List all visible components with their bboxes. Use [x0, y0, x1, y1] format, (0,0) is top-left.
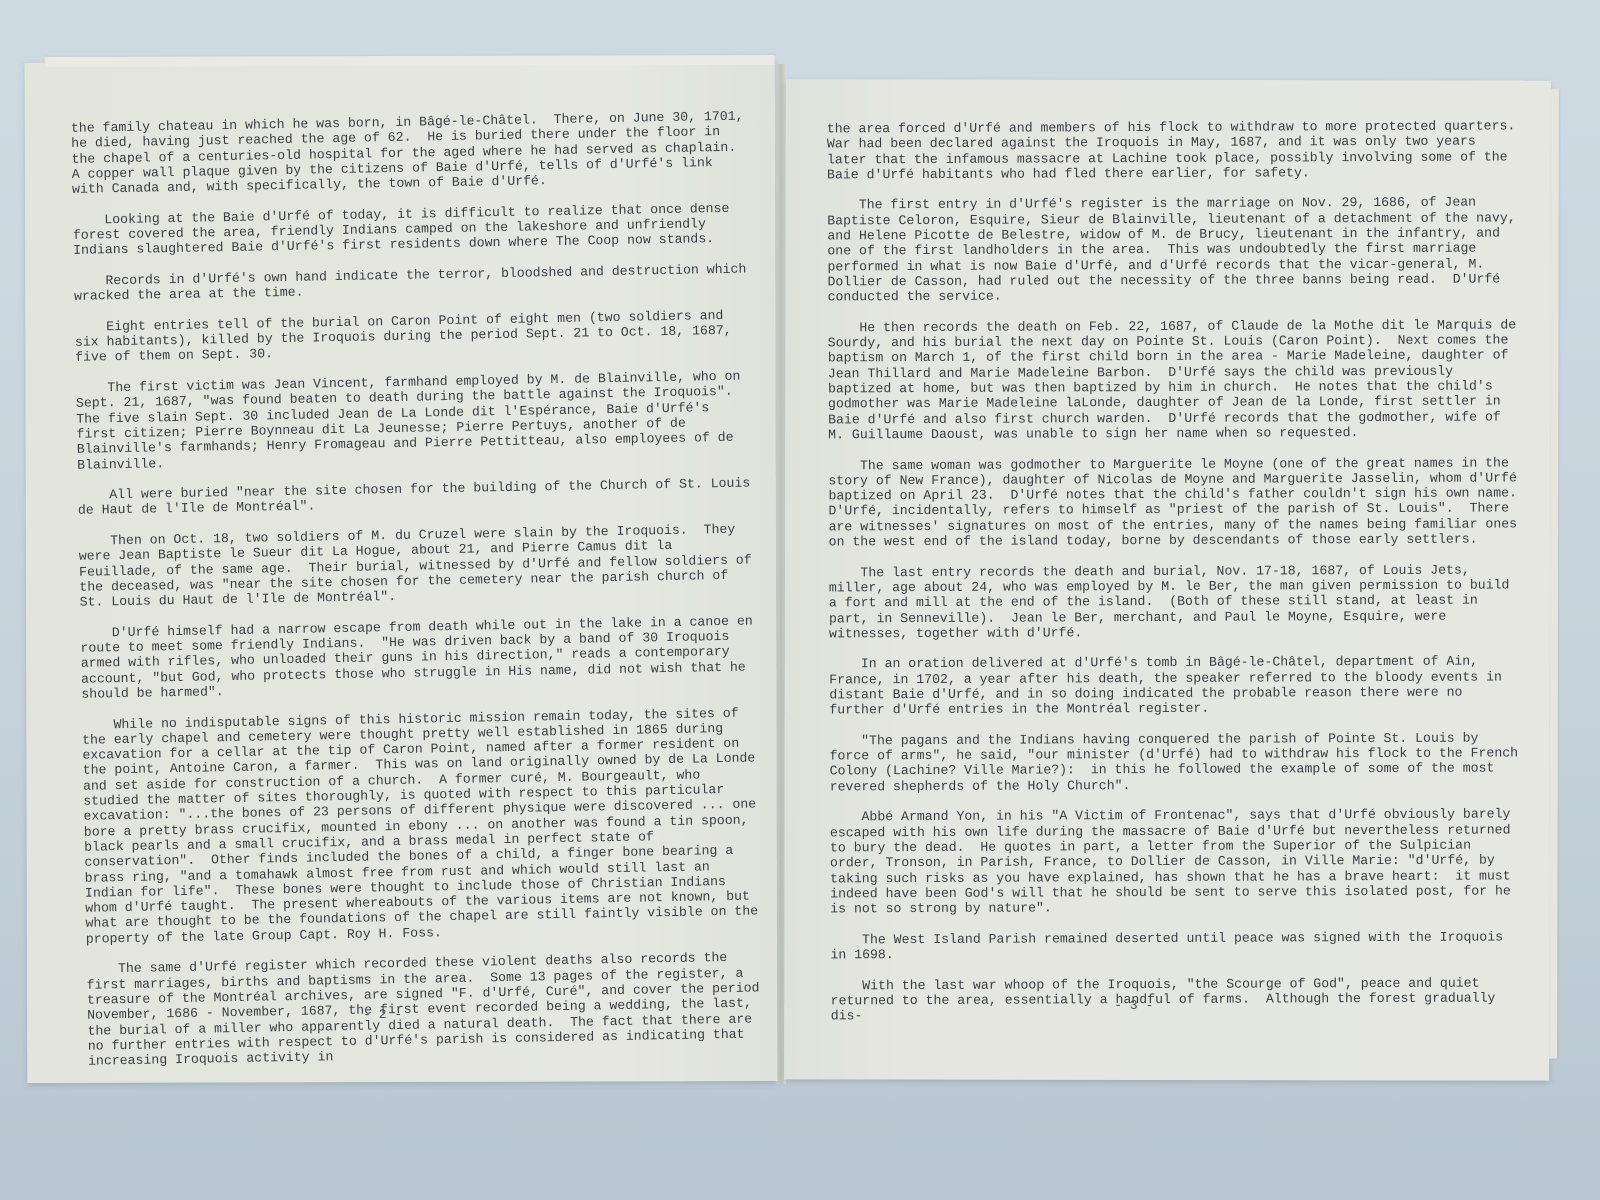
paragraph: Records in d'Urfé's own hand indicate th… — [74, 261, 754, 304]
page-number: - 2 - — [363, 1007, 402, 1022]
paragraph: The same woman was godmother to Margueri… — [828, 455, 1518, 550]
right-page: the area forced d'Urfé and members of hi… — [784, 79, 1551, 1080]
paragraph: Looking at the Baie d'Urfé of today, it … — [72, 200, 753, 258]
paragraph: D'Urfé himself had a narrow escape from … — [80, 613, 761, 702]
paragraph: The West Island Parish remained deserted… — [830, 929, 1520, 963]
paragraph: With the last war whoop of the Iroquois,… — [831, 975, 1521, 1024]
paragraph: Eight entries tell of the burial on Caro… — [74, 307, 755, 365]
paragraph: Abbé Armand Yon, in his "A Victim of Fro… — [830, 807, 1520, 917]
paragraph: The same d'Urfé register which recorded … — [86, 950, 768, 1070]
left-page-body: the family chateau in which he was born,… — [71, 108, 769, 1084]
paragraph: the family chateau in which he was born,… — [71, 108, 752, 197]
paragraph: "The pagans and the Indians having conqu… — [829, 730, 1519, 794]
paragraph: While no indisputable signs of this hist… — [82, 705, 766, 947]
paragraph: The first victim was Jean Vincent, farmh… — [76, 368, 758, 472]
paragraph: All were buried "near the site chosen fo… — [78, 475, 758, 518]
paragraph: The first entry in d'Urfé's register is … — [827, 195, 1517, 305]
paragraph: the area forced d'Urfé and members of hi… — [827, 118, 1517, 182]
paragraph: He then records the death on Feb. 22, 16… — [828, 317, 1519, 442]
paragraph: The last entry records the death and bur… — [829, 562, 1519, 641]
page-number: - 3 - — [1114, 998, 1153, 1013]
paragraph: Then on Oct. 18, two soldiers of M. du C… — [78, 521, 759, 610]
left-page: the family chateau in which he was born,… — [25, 61, 778, 1083]
right-page-body: the area forced d'Urfé and members of hi… — [827, 118, 1521, 1039]
paragraph: In an oration delivered at d'Urfé's tomb… — [829, 654, 1519, 718]
